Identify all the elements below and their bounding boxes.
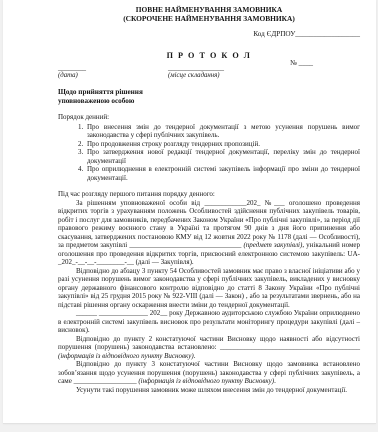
protocol-number: № ____ bbox=[290, 59, 360, 68]
paragraph-remedy: Усунути такі порушення замовник може шля… bbox=[58, 386, 360, 395]
place-blank: ________________ bbox=[168, 64, 290, 72]
paragraph-conclusion-point-2: Відповідно до пункту 2 констатуючої част… bbox=[58, 335, 360, 361]
body-text: Під час розгляду першого питання порядку… bbox=[58, 190, 360, 394]
place-caption: (місце складання) bbox=[168, 72, 290, 80]
date-blank: ________ bbox=[58, 64, 168, 72]
document-content: ПОВНЕ НАЙМЕНУВАННЯ ЗАМОВНИКА (СКОРОЧЕНЕ … bbox=[3, 0, 376, 394]
edrpou-line: Код ЄДРПОУ__________________ bbox=[58, 30, 360, 39]
date-caption: (дата) bbox=[58, 72, 168, 80]
subject-line-2: уповноваженою особою bbox=[58, 97, 360, 106]
document-page: ПОВНЕ НАЙМЕНУВАННЯ ЗАМОВНИКА (СКОРОЧЕНЕ … bbox=[3, 0, 376, 424]
paragraph-right-to-amend: Відповідно до абзацу 3 пункту 54 Особлив… bbox=[58, 267, 360, 310]
first-question-intro: Під час розгляду першого питання порядку… bbox=[58, 190, 360, 199]
paragraph-conclusion-point-3: Відповідно до пункту 3 констатуючої част… bbox=[58, 360, 360, 386]
paragraph-audit-conclusion: ______ ______________ 202__ року Державн… bbox=[58, 309, 360, 335]
subject-line-1: Щодо прийняття рішення bbox=[58, 88, 360, 97]
paragraph-announcement: За рішенням уповноваженої особи від ____… bbox=[58, 199, 360, 267]
customer-short-name: (СКОРОЧЕНЕ НАЙМЕНУВАННЯ ЗАМОВНИКА) bbox=[58, 14, 360, 23]
subject-block: Щодо прийняття рішення уповноваженою осо… bbox=[58, 88, 360, 106]
meta-row: ________ (дата) ________________ (місце … bbox=[58, 64, 360, 80]
agenda-item-1: Про внесення змін до тендерної документа… bbox=[85, 123, 360, 140]
customer-full-name: ПОВНЕ НАЙМЕНУВАННЯ ЗАМОВНИКА bbox=[58, 5, 360, 14]
document-header: ПОВНЕ НАЙМЕНУВАННЯ ЗАМОВНИКА (СКОРОЧЕНЕ … bbox=[58, 5, 360, 23]
date-block: ________ (дата) bbox=[58, 64, 168, 80]
agenda-list: Про внесення змін до тендерної документа… bbox=[58, 123, 360, 183]
agenda-item-2: Про продовження строку розгляду тендерни… bbox=[85, 140, 360, 149]
place-block: ________________ (місце складання) bbox=[168, 64, 290, 80]
agenda-title: Порядок денний: bbox=[58, 113, 360, 122]
agenda-item-4: Про оприлюднення в електронній системі з… bbox=[85, 165, 360, 182]
agenda-item-3: Про затвердження нової редакції тендерно… bbox=[85, 148, 360, 165]
